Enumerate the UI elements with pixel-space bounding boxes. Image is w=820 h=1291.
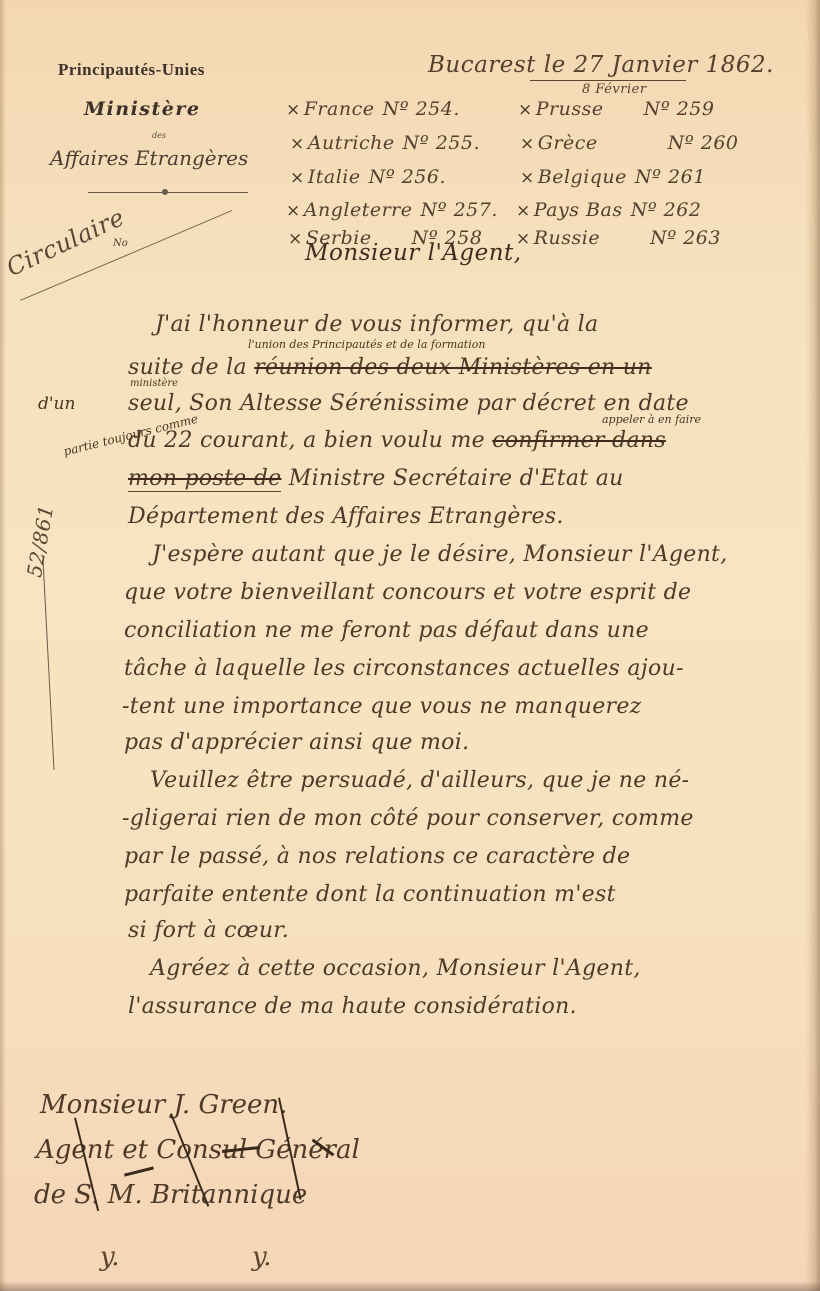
struck-text: confirmer dans <box>492 428 666 453</box>
body-line: par le passé, à nos relations ce caractè… <box>124 844 630 869</box>
distribution-item: ×GrèceNº 260 <box>520 132 739 154</box>
body-line: pas d'apprécier ainsi que moi. <box>124 730 469 755</box>
body-line: Veuillez être persuadé, d'ailleurs, que … <box>150 768 689 793</box>
distribution-item: ×ItalieNº 256. <box>290 166 446 188</box>
body-line: Département des Affaires Etrangères. <box>128 504 564 529</box>
body-line: que votre bienveillant concours et votre… <box>124 580 691 605</box>
body-line: du 22 courant, a bien voulu me confirmer… <box>128 428 666 453</box>
letterhead-ministere: Ministère <box>84 98 200 120</box>
body-line: Agréez à cette occasion, Monsieur l'Agen… <box>150 956 641 981</box>
paper-edge-left <box>0 0 6 1291</box>
distribution-item: ×AutricheNº 255. <box>290 132 480 154</box>
addressee-affiliation: de S. M. Britannique <box>34 1180 307 1210</box>
interlinear-insertion: ministère <box>130 378 178 389</box>
check-x-icon: × <box>288 229 303 249</box>
check-x-icon: × <box>516 201 531 221</box>
letterhead-divider-ornament <box>162 189 168 195</box>
body-line: conciliation ne me feront pas défaut dan… <box>124 618 649 643</box>
letterhead-des: des <box>152 131 166 140</box>
alternate-date: 8 Février <box>582 82 647 97</box>
bottom-mark: y. <box>252 1242 272 1272</box>
margin-rule <box>43 560 55 770</box>
circulaire-annotation: Circulaire <box>2 203 129 282</box>
body-line: -gligerai rien de mon côté pour conserve… <box>122 806 694 831</box>
body-line: J'ai l'honneur de vous informer, qu'à la <box>155 312 598 337</box>
check-x-icon: × <box>520 168 535 188</box>
check-x-icon: × <box>518 100 533 120</box>
salutation: Monsieur l'Agent, <box>305 240 522 266</box>
date-underline <box>530 80 686 81</box>
body-line: si fort à cœur. <box>128 918 289 943</box>
margin-correction: d'un <box>38 394 75 414</box>
body-line: mon poste de Ministre Secrétaire d'Etat … <box>128 466 624 491</box>
check-x-icon: × <box>520 134 535 154</box>
body-line: J'espère autant que je le désire, Monsie… <box>152 542 728 567</box>
distribution-item: ×RussieNº 263 <box>516 227 721 249</box>
body-line: -tent une importance que vous ne manquer… <box>122 694 642 719</box>
check-x-icon: × <box>290 168 305 188</box>
struck-text: réunion des deux Ministères en un <box>254 355 652 380</box>
interlinear-insertion: l'union des Principautés et de la format… <box>248 338 485 351</box>
addressee-name: Monsieur J. Green. <box>40 1090 287 1120</box>
bottom-mark: y. <box>100 1242 120 1272</box>
letterhead-affaires-etrangeres: Affaires Etrangères <box>50 146 248 170</box>
check-x-icon: × <box>286 201 301 221</box>
struck-text: mon poste de <box>128 466 281 492</box>
letterhead-divider <box>88 192 248 193</box>
distribution-item: ×FranceNº 254. <box>286 98 460 120</box>
body-line: suite de la réunion des deux Ministères … <box>128 355 652 380</box>
letterhead-principautes: Principautés-Unies <box>58 60 205 80</box>
distribution-item: ×PrusseNº 259 <box>518 98 714 120</box>
body-line: parfaite entente dont la continuation m'… <box>124 882 616 907</box>
interlinear-insertion: appeler à en faire <box>602 413 701 426</box>
folio-number: 52/861 <box>22 503 58 579</box>
distribution-item: ×BelgiqueNº 261 <box>520 166 706 188</box>
distribution-item: ×Pays BasNº 262 <box>516 199 701 221</box>
body-line: tâche à laquelle les circonstances actue… <box>124 656 684 681</box>
strikeout-dash <box>124 1166 154 1176</box>
distribution-item: ×AngleterreNº 257. <box>286 199 498 221</box>
check-x-icon: × <box>290 134 305 154</box>
place-date: Bucarest le 27 Janvier 1862. <box>428 52 774 78</box>
paper-bottom-edge <box>0 1281 820 1291</box>
body-line: l'assurance de ma haute considération. <box>128 994 577 1019</box>
number-label: No <box>113 238 128 249</box>
paper-edge-right <box>806 0 820 1291</box>
check-x-icon: × <box>286 100 301 120</box>
